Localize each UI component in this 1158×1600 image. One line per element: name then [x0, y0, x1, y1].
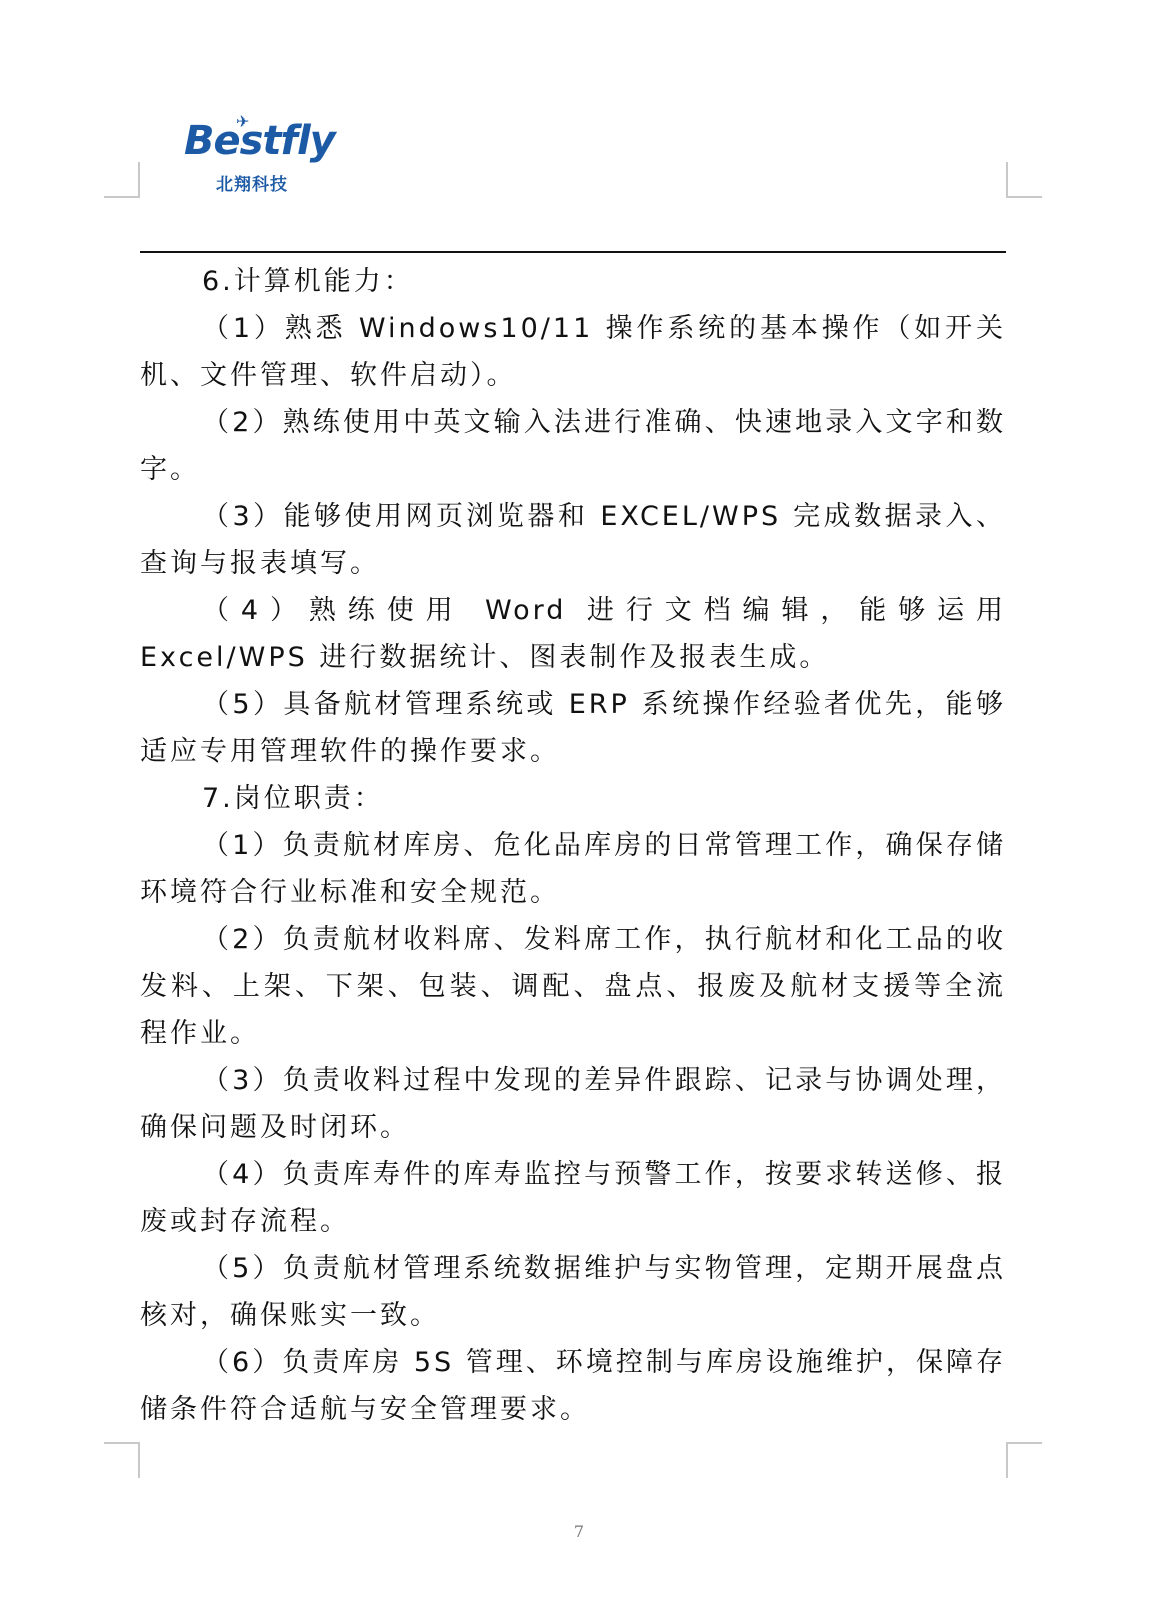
paragraph: （5）具备航材管理系统或 ERP 系统操作经验者优先，能够适应专用管理软件的操作…: [140, 681, 1006, 775]
paragraph: （3）负责收料过程中发现的差异件跟踪、记录与协调处理，确保问题及时闭环。: [140, 1057, 1006, 1151]
company-logo: ✈ Bestfly 北翔科技: [184, 118, 344, 200]
crop-mark-bottom-left: [104, 1442, 140, 1478]
page-number: 7: [0, 1522, 1158, 1541]
paragraph: （6）负责库房 5S 管理、环境控制与库房设施维护，保障存储条件符合适航与安全管…: [140, 1339, 1006, 1433]
crop-mark-bottom-right: [1006, 1442, 1042, 1478]
section-heading-computer-skills: 6.计算机能力：: [140, 258, 1006, 305]
paragraph: （1）熟悉 Windows10/11 操作系统的基本操作（如开关机、文件管理、软…: [140, 305, 1006, 399]
document-body: 6.计算机能力： （1）熟悉 Windows10/11 操作系统的基本操作（如开…: [140, 258, 1006, 1433]
paragraph: （5）负责航材管理系统数据维护与实物管理，定期开展盘点核对，确保账实一致。: [140, 1245, 1006, 1339]
paragraph: （4）熟练使用 Word 进行文档编辑，能够运用 Excel/WPS 进行数据统…: [140, 587, 1006, 681]
paragraph: （4）负责库寿件的库寿监控与预警工作，按要求转送修、报废或封存流程。: [140, 1151, 1006, 1245]
crop-mark-top-right: [1006, 162, 1042, 198]
header-divider: [140, 251, 1006, 253]
section-heading-responsibilities: 7.岗位职责：: [140, 775, 1006, 822]
logo-wordmark: Bestfly: [184, 118, 335, 164]
paragraph: （2）熟练使用中英文输入法进行准确、快速地录入文字和数字。: [140, 399, 1006, 493]
paragraph: （2）负责航材收料席、发料席工作，执行航材和化工品的收发料、上架、下架、包装、调…: [140, 916, 1006, 1057]
logo-chinese-name: 北翔科技: [216, 170, 288, 195]
paragraph: （3）能够使用网页浏览器和 EXCEL/WPS 完成数据录入、查询与报表填写。: [140, 493, 1006, 587]
crop-mark-top-left: [104, 162, 140, 198]
paragraph: （1）负责航材库房、危化品库房的日常管理工作，确保存储环境符合行业标准和安全规范…: [140, 822, 1006, 916]
